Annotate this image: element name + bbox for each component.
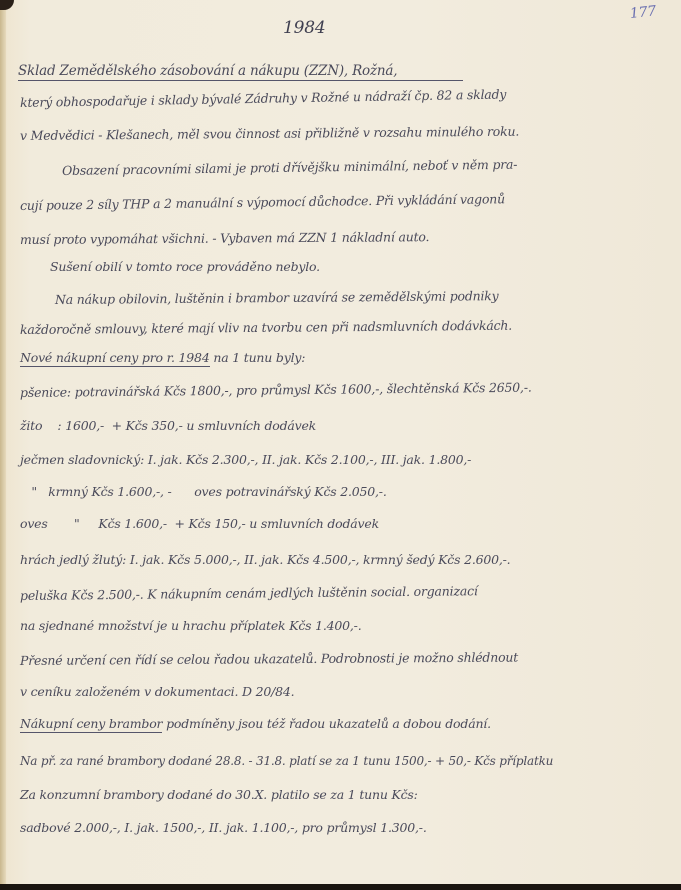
prices-heading-rest: na 1 tunu byly: (210, 350, 306, 365)
text-line: každoročně smlouvy, které mají vliv na t… (20, 318, 512, 337)
potato-line: sadbové 2.000,-, I. jak. 1500,-, II. jak… (20, 820, 427, 835)
page-corner-shadow (0, 0, 14, 10)
prices-heading: Nové nákupní ceny pro r. 1984 na 1 tunu … (20, 350, 305, 365)
price-line: na sjednané množství je u hrachu příplat… (20, 618, 361, 633)
potato-heading-rest: podmíněny jsou též řadou ukazatelů a dob… (162, 716, 491, 731)
text-line: musí proto vypomáhat všichni. - Vybaven … (20, 229, 429, 247)
potato-heading-underlined: Nákupní ceny brambor (20, 716, 162, 733)
page-bottom-edge (0, 884, 681, 890)
price-line: žito : 1600,- + Kčs 350,- u smluvních do… (20, 418, 316, 433)
price-line: ječmen sladovnický: I. jak. Kčs 2.300,-,… (20, 452, 471, 467)
text-line: v Medvědici - Klešanech, měl svou činnos… (20, 124, 519, 143)
price-line: peluška Kčs 2.500,-. K nákupním cenám je… (20, 583, 478, 603)
text-line: cují pouze 2 síly THP a 2 manuální s výp… (20, 191, 505, 213)
text-line: Přesné určení cen řídí se celou řadou uk… (20, 650, 518, 668)
text-line: Obsazení pracovními silami je proti dřív… (62, 157, 517, 178)
price-line: " krmný Kčs 1.600,-, - oves potravinářsk… (20, 484, 387, 499)
text-line: Sušení obilí v tomto roce prováděno neby… (50, 259, 320, 274)
price-line: pšenice: potravinářská Kčs 1800,-, pro p… (20, 380, 532, 400)
text-line: který obhospodařuje i sklady bývalé Zádr… (20, 87, 506, 110)
year-heading: 1984 (283, 18, 325, 38)
text-line: Na nákup obilovin, luštěnin i brambor uz… (55, 288, 499, 307)
price-line: oves " Kčs 1.600,- + Kčs 150,- u smluvní… (20, 516, 379, 531)
section-title: Sklad Zemědělského zásobování a nákupu (… (18, 63, 463, 81)
price-line: hrách jedlý žlutý: I. jak. Kčs 5.000,-, … (20, 552, 510, 567)
page-spine (0, 0, 6, 884)
potato-line: Na př. za rané brambory dodané 28.8. - 3… (20, 754, 553, 768)
potato-line: Za konzumní brambory dodané do 30.X. pla… (20, 787, 418, 802)
chronicle-page: 177 1984 Sklad Zemědělského zásobování a… (0, 0, 681, 884)
page-number: 177 (629, 3, 657, 22)
potato-heading: Nákupní ceny brambor podmíněny jsou též … (20, 716, 491, 731)
prices-heading-underlined: Nové nákupní ceny pro r. 1984 (20, 350, 210, 367)
text-line: v ceníku založeném v dokumentaci. D 20/8… (20, 684, 294, 699)
